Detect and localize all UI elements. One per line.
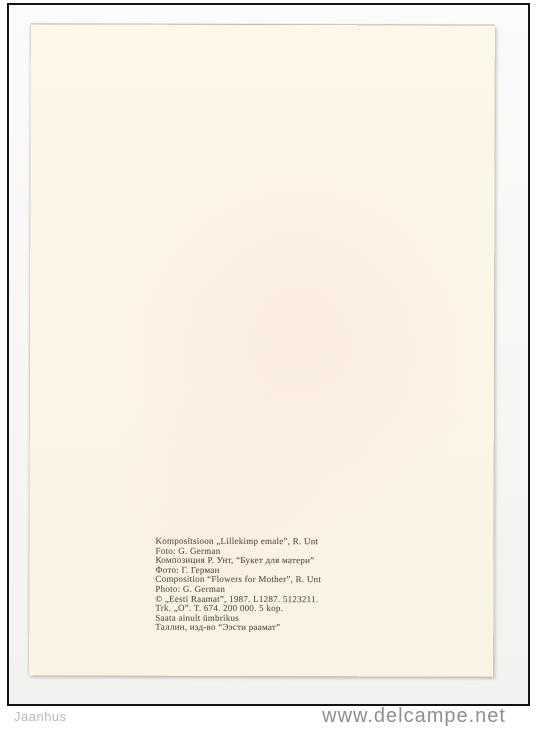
delcampe-watermark: www.delcampe.net [322, 705, 506, 728]
postcard-scan: Kompositsioon „Lillekimp emale”, R. Unt … [0, 0, 537, 730]
imprint-block: Kompositsioon „Lillekimp emale”, R. Unt … [155, 537, 455, 634]
imprint-line-publisher: Таллин, изд-во “Ээсти раамат” [155, 623, 455, 633]
photo-frame: Kompositsioon „Lillekimp emale”, R. Unt … [7, 3, 530, 706]
postcard-back: Kompositsioon „Lillekimp emale”, R. Unt … [29, 24, 495, 676]
seller-watermark: Jaanhus [14, 709, 67, 724]
